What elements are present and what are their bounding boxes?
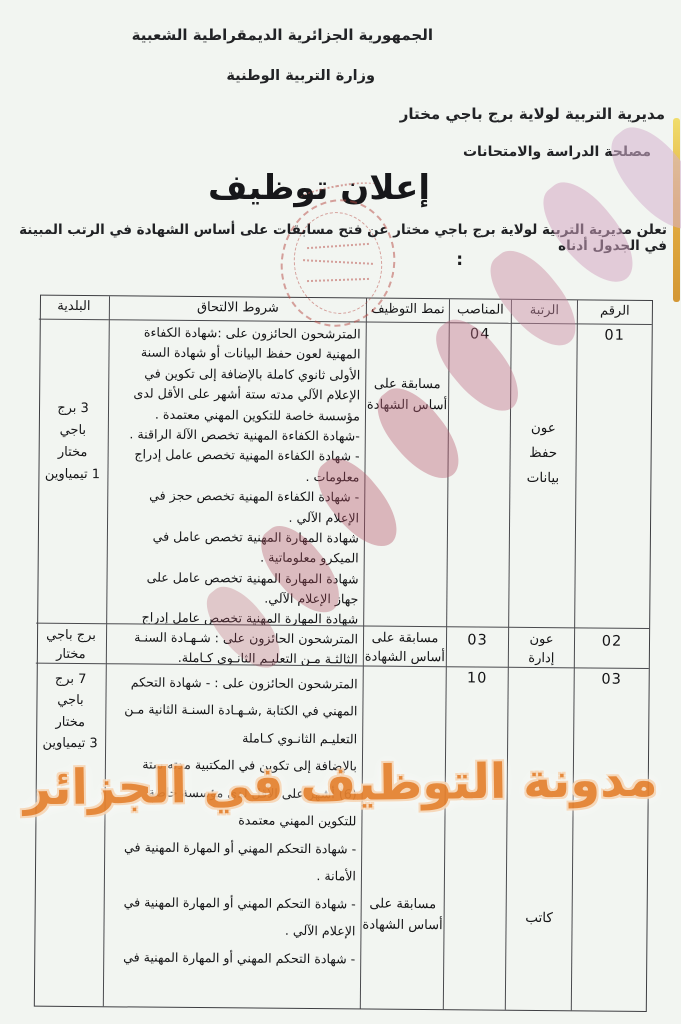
header-mode: نمط التوظيف (366, 298, 449, 323)
cell-row3-rank: كاتب (505, 668, 574, 1011)
header-municipality: البلدية (39, 296, 109, 321)
cell-row3-mode: مسابقة على أساس الشهادة (360, 666, 446, 1009)
cell-row1-positions: 04 (446, 323, 511, 628)
header-number: الرقم (577, 300, 652, 325)
scan-edge-strip (673, 118, 680, 302)
cell-row3-positions: 10 (443, 667, 508, 1010)
header-conditions: شروط الالتحاق (109, 296, 366, 322)
cell-row2-conditions: المترشحون الحائزون على : شـهـادة السنـة … (106, 624, 363, 666)
cell-row1-mode: مسابقة على أساس الشهادة (363, 322, 449, 627)
scanned-document-page: الجمهورية الجزائرية الديمقراطية الشعبية … (0, 0, 681, 1024)
cell-row3-municipality: 7 برج باجي مختار 3 تيمياوين (33, 664, 106, 1007)
ministry-line: وزارة التربية الوطنية (226, 68, 375, 84)
intro-paragraph: تعلن مديرية التربية لولاية برج باجي مختا… (12, 222, 667, 254)
cell-row2-rank: عون إدارة (508, 628, 574, 669)
cell-row1-rank: عون حفظ بيانات (508, 324, 577, 629)
cell-row3-conditions: المترشحون الحائزون على : - شهادة التحكم … (103, 664, 363, 1008)
intro-colon: : (456, 250, 463, 270)
page-title: إعلان توظيف (208, 168, 430, 208)
republic-header-line: الجمهورية الجزائرية الديمقراطية الشعبية (132, 26, 433, 44)
cell-row2-mode: مسابقة على أساس الشهادة (363, 626, 446, 667)
header-positions: المناصب (449, 299, 511, 324)
jobs-table: الرقم الرتبة المناصب نمط التوظيف شروط ال… (34, 295, 653, 1012)
header-rank: الرتبة (511, 300, 577, 325)
cell-row1-conditions: المترشحون الحائزون على :شهادة الكفاءة ال… (106, 320, 366, 626)
cell-row2-positions: 03 (446, 627, 508, 668)
cell-row2-municipality: برج باجي مختار (36, 624, 106, 665)
cell-row1-number: 01 (574, 324, 652, 629)
cell-row3-number: 03 (571, 668, 649, 1011)
directorate-line: مديرية التربية لولاية برج باجي مختار (400, 105, 665, 123)
stamp-text-mark (303, 259, 373, 265)
service-line: مصلحة الدراسة والامتحانات (463, 144, 651, 160)
stamp-text-mark (307, 278, 369, 282)
cell-row2-number: 02 (574, 628, 649, 669)
cell-row1-municipality: 3 برج باجي مختار 1 تيمياوين (36, 320, 109, 625)
